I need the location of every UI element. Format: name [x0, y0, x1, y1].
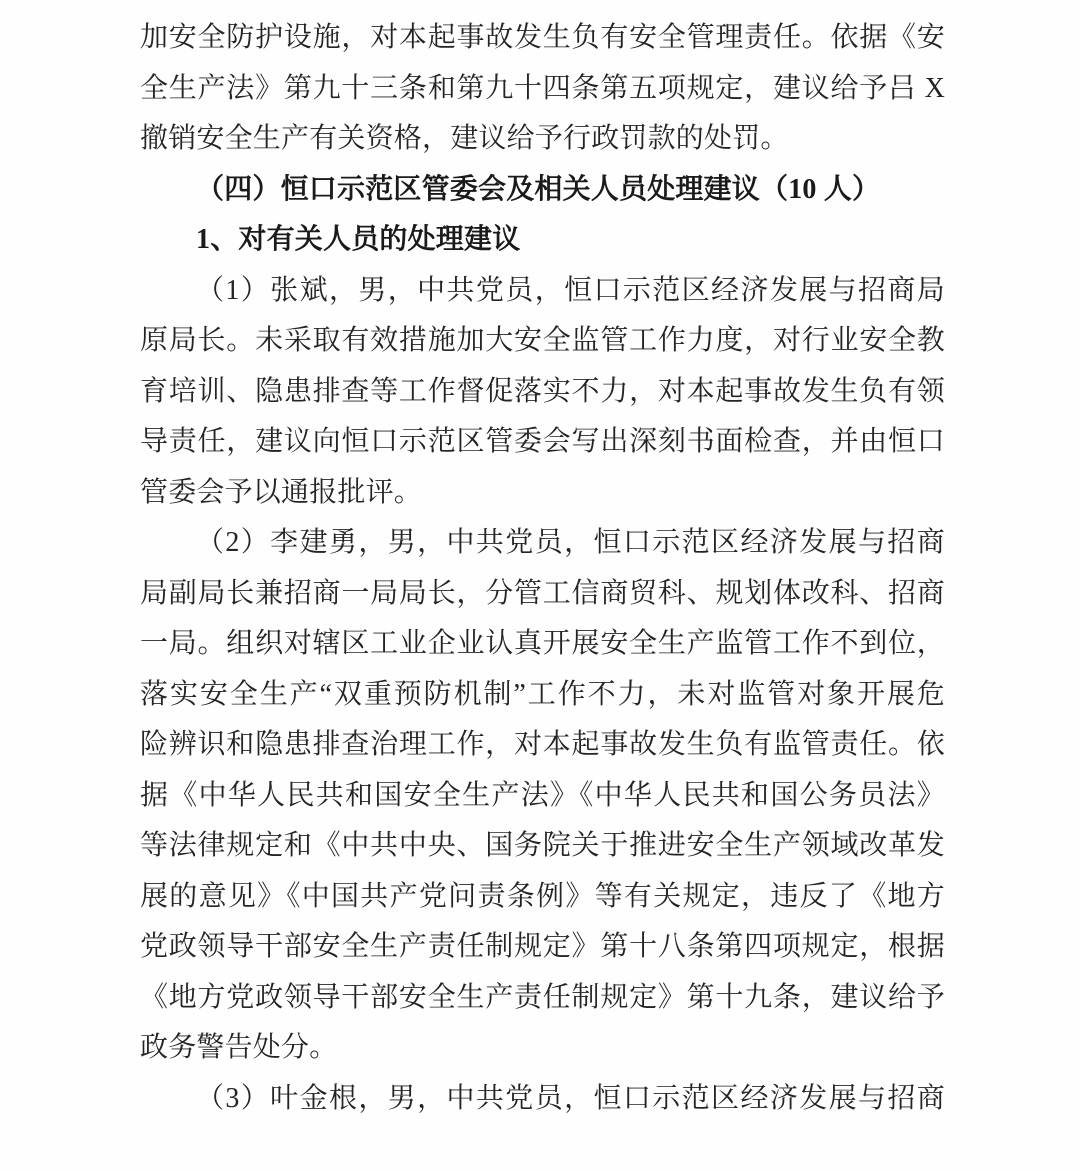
text-line: 展的意见》《中国共产党问责条例》等有关规定，违反了《地方	[140, 872, 945, 923]
text-line: 政务警告处分。	[140, 1023, 945, 1074]
text-line: 局副局长兼招商一局局长，分管工信商贸科、规划体改科、招商	[140, 569, 945, 620]
text-line: 一局。组织对辖区工业企业认真开展安全生产监管工作不到位，	[140, 619, 945, 670]
text-line: （1）张斌，男，中共党员，恒口示范区经济发展与招商局	[140, 266, 945, 317]
text-line: 原局长。未采取有效措施加大安全监管工作力度，对行业安全教	[140, 316, 945, 367]
text-line: 险辨识和隐患排查治理工作，对本起事故发生负有监管责任。依	[140, 720, 945, 771]
heading-line: 1、对有关人员的处理建议	[140, 215, 945, 266]
heading-line: （四）恒口示范区管委会及相关人员处理建议（10 人）	[140, 165, 945, 216]
text-line: 管委会予以通报批评。	[140, 468, 945, 519]
text-line: 育培训、隐患排查等工作督促落实不力，对本起事故发生负有领	[140, 367, 945, 418]
text-line: 《地方党政领导干部安全生产责任制规定》第十九条，建议给予	[140, 973, 945, 1024]
text-line: 等法律规定和《中共中央、国务院关于推进安全生产领域改革发	[140, 821, 945, 872]
document-page: 加安全防护设施，对本起事故发生负有安全管理责任。依据《安全生产法》第九十三条和第…	[0, 0, 1080, 1170]
text-line: 撤销安全生产有关资格，建议给予行政罚款的处罚。	[140, 114, 945, 165]
text-line: 党政领导干部安全生产责任制规定》第十八条第四项规定，根据	[140, 922, 945, 973]
text-line: 全生产法》第九十三条和第九十四条第五项规定，建议给予吕 X	[140, 64, 945, 115]
text-line: 落实安全生产“双重预防机制”工作不力，未对监管对象开展危	[140, 670, 945, 721]
text-line: 据《中华人民共和国安全生产法》《中华人民共和国公务员法》	[140, 771, 945, 822]
text-line: 加安全防护设施，对本起事故发生负有安全管理责任。依据《安	[140, 13, 945, 64]
text-line: （2）李建勇，男，中共党员，恒口示范区经济发展与招商	[140, 518, 945, 569]
text-line: （3）叶金根，男，中共党员，恒口示范区经济发展与招商	[140, 1074, 945, 1125]
text-line: 导责任，建议向恒口示范区管委会写出深刻书面检查，并由恒口	[140, 417, 945, 468]
